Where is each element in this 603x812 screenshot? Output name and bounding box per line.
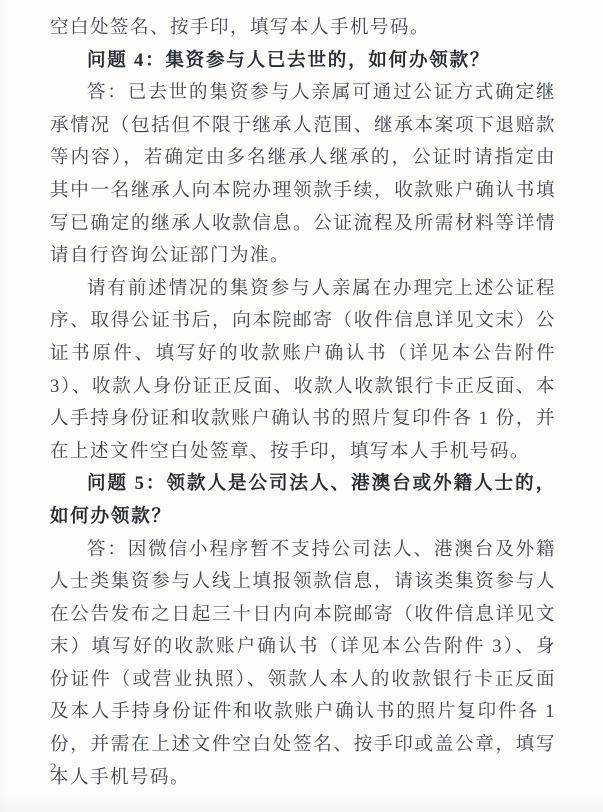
question-5-heading: 问题 5：领款人是公司法人、港澳台或外籍人士的，如何办领款？ [50, 468, 556, 533]
page-number: 2 [50, 760, 57, 776]
question-4-answer: 答：已去世的集资参与人亲属可通过公证方式确定继承情况（包括但不限于继承人范围、继… [50, 77, 556, 273]
question-4-heading: 问题 4：集资参与人已去世的，如何办领款？ [50, 45, 556, 78]
question-4-answer-mailing-instructions: 请有前述情况的集资参与人亲属在办理完上述公证程序、取得公证书后，向本院邮寄（收件… [50, 273, 556, 469]
question-5-answer: 答：因微信小程序暂不支持公司法人、港澳台及外籍人士类集资参与人线上填报领款信息，… [50, 534, 556, 795]
paragraph-continuation: 空白处签名、按手印，填写本人手机号码。 [50, 12, 556, 45]
scanned-document-page: 空白处签名、按手印，填写本人手机号码。 问题 4：集资参与人已去世的，如何办领款… [0, 0, 603, 812]
document-text-block: 空白处签名、按手印，填写本人手机号码。 问题 4：集资参与人已去世的，如何办领款… [50, 12, 556, 794]
